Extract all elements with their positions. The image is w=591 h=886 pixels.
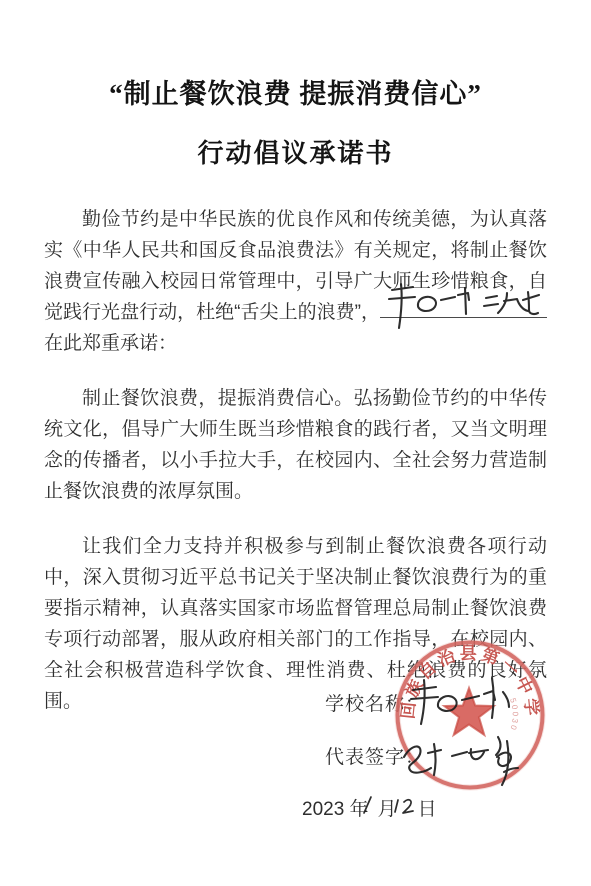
document-subtitle: 行动倡议承诺书: [0, 133, 591, 170]
date-day-unit: 日: [418, 794, 437, 821]
title-block: “制止餐饮浪费 提振消费信心” 行动倡议承诺书: [0, 0, 591, 170]
paragraph-1: 勤俭节约是中华民族的优良作风和传统美德，为认真落实《中华人民共和国反食品浪费法》…: [44, 204, 547, 359]
paragraph-1-text-after: 在此郑重承诺：: [44, 333, 177, 354]
handwritten-inline-signature: [380, 282, 548, 330]
handwritten-fill-line: [380, 297, 547, 318]
paragraph-3: 让我们全力支持并积极参与到制止餐饮浪费各项行动中，深入贯彻习近平总书记关于坚决制…: [44, 531, 547, 717]
date-year: 2023 年: [302, 794, 369, 821]
school-name-label: 学校名称：: [325, 689, 425, 716]
document-page: “制止餐饮浪费 提振消费信心” 行动倡议承诺书 勤俭节约是中华民族的优良作风和传…: [0, 0, 591, 886]
paragraph-2: 制止餐饮浪费，提振消费信心。弘扬勤俭节约的中华传统文化，倡导广大师生既当珍惜粮食…: [44, 383, 547, 507]
date-month-unit: 月: [378, 794, 397, 821]
document-body: 勤俭节约是中华民族的优良作风和传统美德，为认真落实《中华人民共和国反食品浪费法》…: [44, 204, 547, 717]
date-line: 2023 年 月 日: [302, 794, 437, 821]
representative-signature-label: 代表签字：: [325, 742, 425, 769]
document-title: “制止餐饮浪费 提振消费信心”: [0, 72, 591, 111]
